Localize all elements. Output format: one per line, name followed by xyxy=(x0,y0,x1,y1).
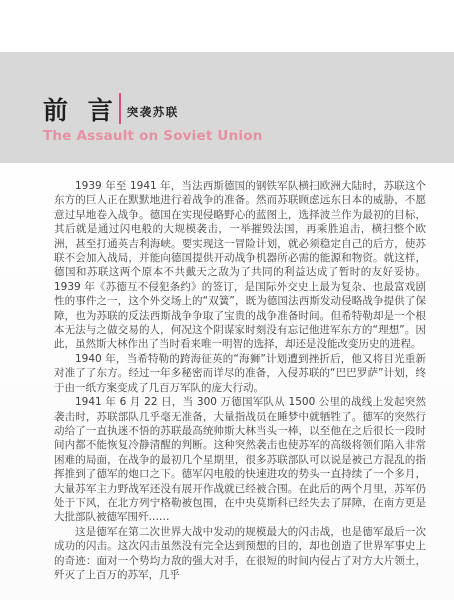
title-accent-divider xyxy=(119,93,121,124)
paragraph: 1939 年至 1941 年，当法西斯德国的钢铁军队横扫欧洲大陆时，苏联这个东方… xyxy=(54,179,426,352)
preface-body-text: 1939 年至 1941 年，当法西斯德国的钢铁军队横扫欧洲大陆时，苏联这个东方… xyxy=(54,179,426,582)
paragraph: 1941 年 6 月 22 日，当 300 万德国军队从 1500 公里的战线上… xyxy=(54,395,426,525)
chapter-topic-label: 突袭苏联 xyxy=(127,104,179,124)
book-page: 前 言 突袭苏联 The Assault on Soviet Union 193… xyxy=(0,0,454,600)
paragraph: 这是德军在第二次世界大战中发动的规模最大的闪击战，也是德军最后一次成功的闪击。这… xyxy=(54,525,426,583)
english-subtitle: The Assault on Soviet Union xyxy=(43,128,454,144)
page-title: 前 言 xyxy=(43,97,114,124)
preface-title-row: 前 言 突袭苏联 xyxy=(43,93,454,124)
paragraph: 1940 年，当希特勒的跨海征英的“海狮”计划遭到挫折后，他又将目光重新对准了了… xyxy=(54,352,426,395)
preface-header-band: 前 言 突袭苏联 The Assault on Soviet Union xyxy=(0,52,454,163)
